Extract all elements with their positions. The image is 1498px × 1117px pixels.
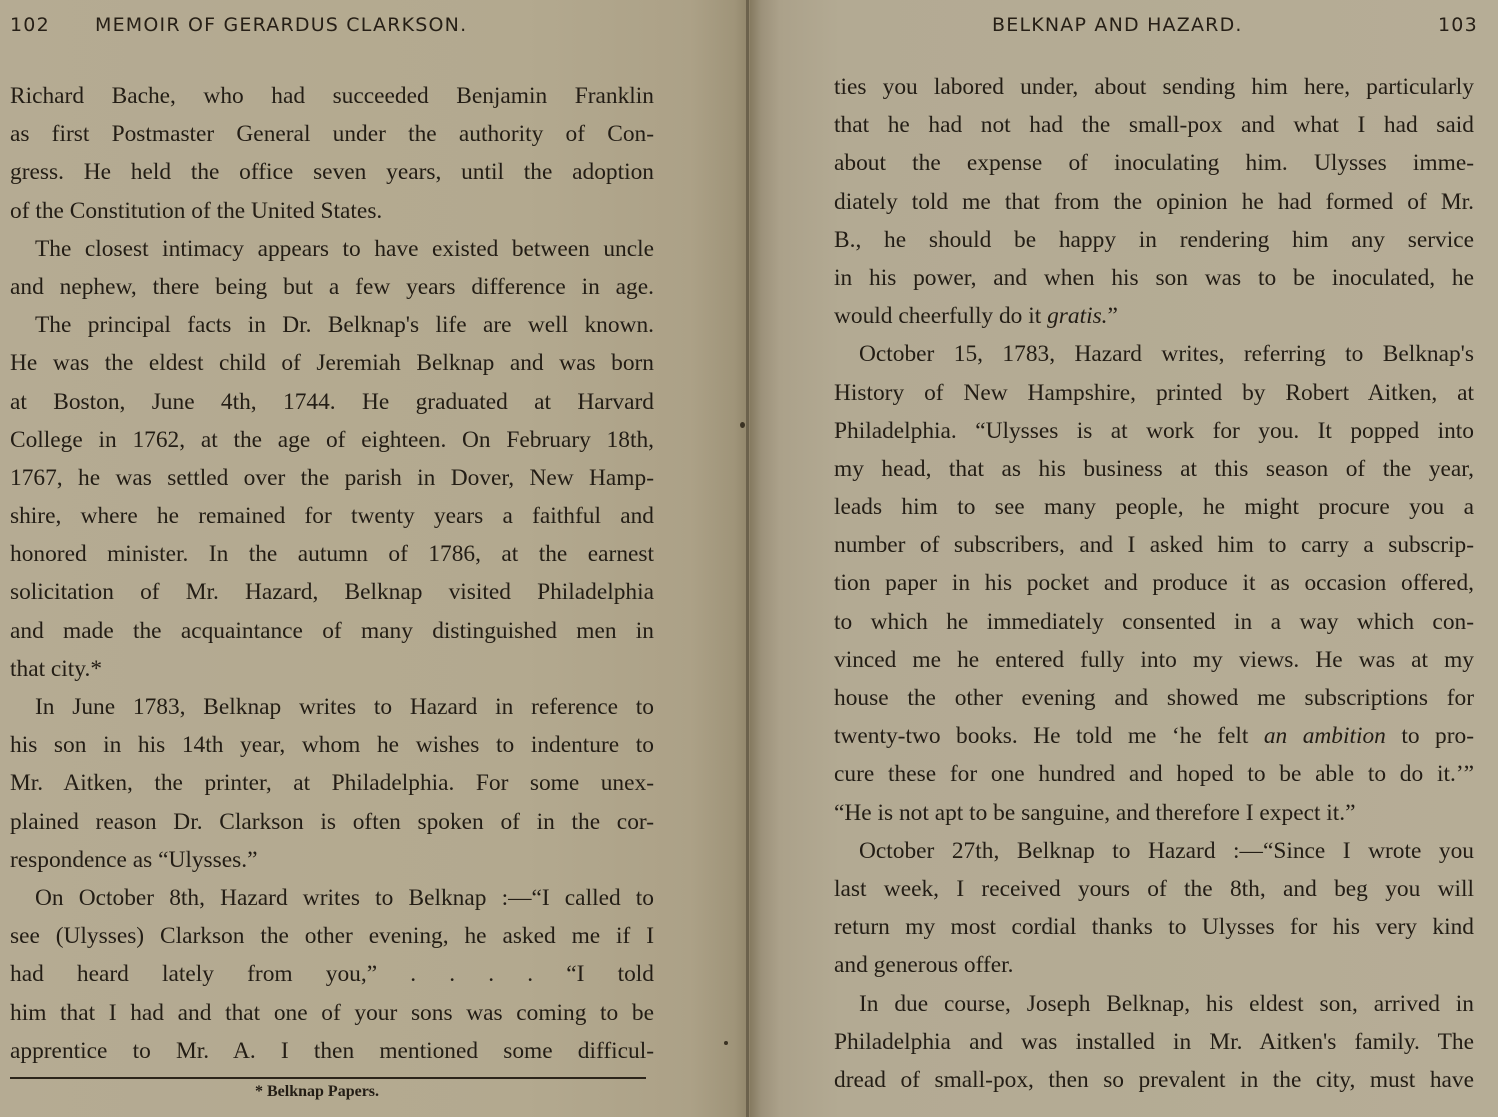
text-line: The principal facts in Dr. Belknap's lif… (10, 306, 654, 344)
right-body-text: ties you labored under, about sending hi… (834, 68, 1474, 1099)
line-text: shire, where he remained for twenty year… (10, 503, 654, 529)
text-line: October 15, 1783, Hazard writes, referri… (834, 335, 1474, 373)
line-text: “He is not apt to be sanguine, and there… (834, 800, 1356, 826)
line-text: Richard Bache, who had succeeded Benjami… (10, 83, 654, 109)
line-text: house the other evening and showed me su… (834, 685, 1474, 711)
line-text: tion paper in his pocket and produce it … (834, 570, 1474, 596)
text-line: College in 1762, at the age of eighteen.… (10, 421, 654, 459)
line-text: On October 8th, Hazard writes to Belknap… (35, 885, 654, 911)
line-text: him that I had and that one of your sons… (10, 1000, 654, 1026)
text-line: to which he immediately consented in a w… (834, 603, 1474, 641)
line-text: see (Ulysses) Clarkson the other evening… (10, 923, 654, 949)
line-text: of the Constitution of the United States… (10, 198, 382, 224)
text-line: “He is not apt to be sanguine, and there… (834, 794, 1474, 832)
paper-speck (724, 1041, 728, 1045)
text-line: Philadelphia. “Ulysses is at work for yo… (834, 412, 1474, 450)
line-text: respondence as “Ulysses.” (10, 847, 257, 873)
line-text: leads him to see many people, he might p… (834, 494, 1474, 520)
text-line: last week, I received yours of the 8th, … (834, 870, 1474, 908)
line-text: and generous offer. (834, 952, 1013, 978)
line-text: Philadelphia and was installed in Mr. Ai… (834, 1029, 1474, 1055)
line-text: that city.* (10, 656, 102, 682)
line-text: twenty-two books. He told me ‘he felt (834, 723, 1264, 749)
footnote: * Belknap Papers. (255, 1083, 379, 1101)
text-line: October 27th, Belknap to Hazard :—“Since… (834, 832, 1474, 870)
line-text: The closest intimacy appears to have exi… (35, 236, 654, 262)
line-text: Mr. Aitken, the printer, at Philadelphia… (10, 770, 654, 796)
line-text: Philadelphia. “Ulysses is at work for yo… (834, 418, 1474, 444)
text-line: The closest intimacy appears to have exi… (10, 230, 654, 268)
page-number-left: 102 (10, 14, 50, 36)
line-text: to which he immediately consented in a w… (834, 609, 1474, 635)
right-page: BELKNAP AND HAZARD. 103 ties you labored… (750, 0, 1498, 1117)
text-line: In June 1783, Belknap writes to Hazard i… (10, 688, 654, 726)
paper-speck (740, 422, 745, 428)
text-line: ties you labored under, about sending hi… (834, 68, 1474, 106)
text-line: Richard Bache, who had succeeded Benjami… (10, 77, 654, 115)
line-text: 1767, he was settled over the parish in … (10, 465, 654, 491)
text-line: respondence as “Ulysses.” (10, 841, 654, 879)
text-line: Philadelphia and was installed in Mr. Ai… (834, 1023, 1474, 1061)
page-number-right: 103 (1438, 14, 1478, 36)
line-text: In due course, Joseph Belknap, his eldes… (859, 991, 1474, 1017)
left-body-text: Richard Bache, who had succeeded Benjami… (10, 77, 654, 1070)
text-line: cure these for one hundred and hoped to … (834, 755, 1474, 793)
line-text: number of subscribers, and I asked him t… (834, 532, 1474, 558)
line-text: cure these for one hundred and hoped to … (834, 761, 1474, 787)
line-text: College in 1762, at the age of eighteen.… (10, 427, 654, 453)
line-text: about the expense of inoculating him. Ul… (834, 150, 1474, 176)
text-line: He was the eldest child of Jeremiah Belk… (10, 344, 654, 382)
line-text: to pro- (1386, 723, 1474, 749)
line-text: plained reason Dr. Clarkson is often spo… (10, 809, 654, 835)
text-line: return my most cordial thanks to Ulysses… (834, 908, 1474, 946)
line-text: solicitation of Mr. Hazard, Belknap visi… (10, 579, 654, 605)
text-line: shire, where he remained for twenty year… (10, 497, 654, 535)
text-line: 1767, he was settled over the parish in … (10, 459, 654, 497)
text-line: in his power, and when his son was to be… (834, 259, 1474, 297)
line-text: that he had not had the small-pox and wh… (834, 112, 1474, 138)
line-text: return my most cordial thanks to Ulysses… (834, 914, 1474, 940)
text-line: plained reason Dr. Clarkson is often spo… (10, 803, 654, 841)
line-text: B., he should be happy in rendering him … (834, 227, 1474, 253)
gutter-fold (746, 0, 749, 1117)
text-line: and nephew, there being but a few years … (10, 268, 654, 306)
text-line: honored minister. In the autumn of 1786,… (10, 535, 654, 573)
line-text: ties you labored under, about sending hi… (834, 74, 1474, 100)
line-text: as first Postmaster General under the au… (10, 121, 654, 147)
text-line: about the expense of inoculating him. Ul… (834, 144, 1474, 182)
running-title-left: MEMOIR OF GERARDUS CLARKSON. (95, 14, 467, 36)
text-line: tion paper in his pocket and produce it … (834, 564, 1474, 602)
line-text: at Boston, June 4th, 1744. He graduated … (10, 389, 654, 415)
text-line: leads him to see many people, he might p… (834, 488, 1474, 526)
line-text: dread of small-pox, then so prevalent in… (834, 1067, 1474, 1093)
line-text: gress. He held the office seven years, u… (10, 159, 654, 185)
text-line: In due course, Joseph Belknap, his eldes… (834, 985, 1474, 1023)
text-line: History of New Hampshire, printed by Rob… (834, 374, 1474, 412)
text-line: gress. He held the office seven years, u… (10, 153, 654, 191)
line-text: ” (1108, 303, 1118, 329)
line-text: his son in his 14th year, whom he wishes… (10, 732, 654, 758)
text-line: house the other evening and showed me su… (834, 679, 1474, 717)
text-line: On October 8th, Hazard writes to Belknap… (10, 879, 654, 917)
text-line: apprentice to Mr. A. I then mentioned so… (10, 1032, 654, 1070)
line-text: He was the eldest child of Jeremiah Belk… (10, 350, 654, 376)
line-text: vinced me he entered fully into my views… (834, 647, 1474, 673)
text-line: vinced me he entered fully into my views… (834, 641, 1474, 679)
text-line: his son in his 14th year, whom he wishes… (10, 726, 654, 764)
line-text: The principal facts in Dr. Belknap's lif… (35, 312, 654, 338)
line-text: apprentice to Mr. A. I then mentioned so… (10, 1038, 654, 1064)
line-text: diately told me that from the opinion he… (834, 189, 1474, 215)
line-text: honored minister. In the autumn of 1786,… (10, 541, 654, 567)
line-text: my head, that as his business at this se… (834, 456, 1474, 482)
book-spread: 102 MEMOIR OF GERARDUS CLARKSON. Richard… (0, 0, 1498, 1117)
line-text: October 27th, Belknap to Hazard :—“Since… (859, 838, 1474, 864)
text-line: dread of small-pox, then so prevalent in… (834, 1061, 1474, 1099)
text-line: would cheerfully do it gratis.” (834, 297, 1474, 335)
running-title-right: BELKNAP AND HAZARD. (992, 14, 1243, 36)
text-line: that city.* (10, 650, 654, 688)
italic-text: gratis. (1047, 303, 1107, 329)
text-line: see (Ulysses) Clarkson the other evening… (10, 917, 654, 955)
line-text: and made the acquaintance of many distin… (10, 618, 654, 644)
line-text: last week, I received yours of the 8th, … (834, 876, 1474, 902)
line-text: In June 1783, Belknap writes to Hazard i… (35, 694, 654, 720)
line-text: had heard lately from you,” . . . . “I t… (10, 961, 654, 987)
text-line: had heard lately from you,” . . . . “I t… (10, 955, 654, 993)
italic-text: an ambition (1264, 723, 1386, 749)
text-line: at Boston, June 4th, 1744. He graduated … (10, 383, 654, 421)
line-text: History of New Hampshire, printed by Rob… (834, 380, 1474, 406)
text-line: twenty-two books. He told me ‘he felt an… (834, 717, 1474, 755)
text-line: my head, that as his business at this se… (834, 450, 1474, 488)
text-line: diately told me that from the opinion he… (834, 183, 1474, 221)
line-text: would cheerfully do it (834, 303, 1047, 329)
text-line: that he had not had the small-pox and wh… (834, 106, 1474, 144)
text-line: solicitation of Mr. Hazard, Belknap visi… (10, 573, 654, 611)
line-text: and nephew, there being but a few years … (10, 274, 654, 300)
text-line: number of subscribers, and I asked him t… (834, 526, 1474, 564)
text-line: Mr. Aitken, the printer, at Philadelphia… (10, 764, 654, 802)
text-line: and made the acquaintance of many distin… (10, 612, 654, 650)
line-text: in his power, and when his son was to be… (834, 265, 1474, 291)
left-page: 102 MEMOIR OF GERARDUS CLARKSON. Richard… (0, 0, 750, 1117)
text-line: him that I had and that one of your sons… (10, 994, 654, 1032)
footnote-divider (10, 1077, 646, 1079)
text-line: of the Constitution of the United States… (10, 192, 654, 230)
text-line: and generous offer. (834, 946, 1474, 984)
line-text: October 15, 1783, Hazard writes, referri… (859, 341, 1474, 367)
text-line: as first Postmaster General under the au… (10, 115, 654, 153)
text-line: B., he should be happy in rendering him … (834, 221, 1474, 259)
